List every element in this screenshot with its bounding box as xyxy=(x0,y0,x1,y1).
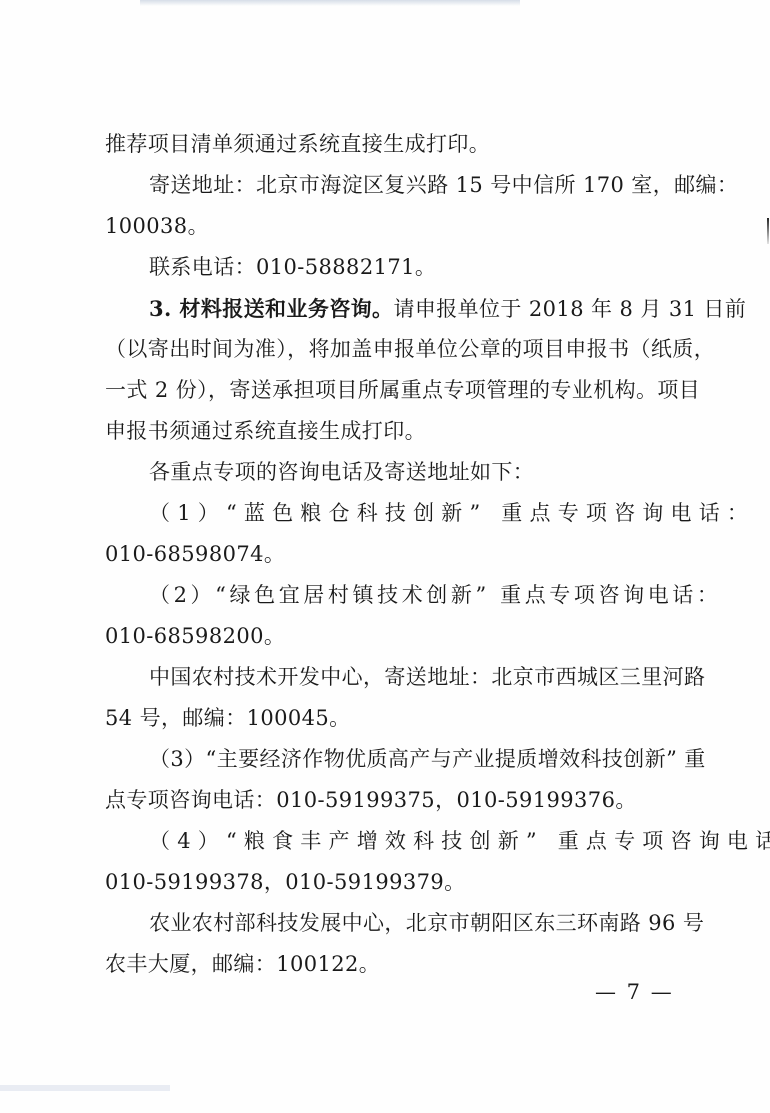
document-page: 推荐项目清单须通过系统直接生成打印。 寄送地址：北京市海淀区复兴路 15 号中信… xyxy=(0,0,770,1113)
scan-artifact-top xyxy=(140,0,520,6)
list-item-4-phone: 010-59199378，010-59199379。 xyxy=(105,862,679,903)
address-line: 农业农村部科技发展中心，北京市朝阳区东三环南路 96 号 xyxy=(105,903,679,944)
scan-artifact-bottom xyxy=(0,1085,170,1091)
list-item-4: （4）“粮食丰产增效科技创新” 重点专项咨询电话： xyxy=(105,821,679,862)
paragraph-line: 各重点专项的咨询电话及寄送地址如下： xyxy=(105,452,679,493)
list-item-2: （2）“绿色宜居村镇技术创新” 重点专项咨询电话： xyxy=(105,575,679,616)
address-line: 农丰大厦，邮编：100122。 xyxy=(105,944,679,985)
paragraph-line: 申报书须通过系统直接生成打印。 xyxy=(105,411,679,452)
list-item-2-phone: 010-68598200。 xyxy=(105,616,679,657)
address-line: 100038。 xyxy=(105,206,679,247)
contact-phone-line: 联系电话：010-58882171。 xyxy=(105,247,679,288)
document-body: 推荐项目清单须通过系统直接生成打印。 寄送地址：北京市海淀区复兴路 15 号中信… xyxy=(105,124,679,985)
scan-artifact-right xyxy=(767,218,769,244)
section-text: 请申报单位于 2018 年 8 月 31 日前 xyxy=(393,297,746,321)
paragraph-line: 推荐项目清单须通过系统直接生成打印。 xyxy=(105,124,679,165)
address-line: 54 号，邮编：100045。 xyxy=(105,698,679,739)
list-item-3-phone: 点专项咨询电话：010-59199375，010-59199376。 xyxy=(105,780,679,821)
list-item-3: （3）“主要经济作物优质高产与产业提质增效科技创新” 重 xyxy=(105,739,679,780)
address-line: 中国农村技术开发中心，寄送地址：北京市西城区三里河路 xyxy=(105,657,679,698)
paragraph-line: （以寄出时间为准），将加盖申报单位公章的项目申报书（纸质， xyxy=(105,329,679,370)
section-3-line: 3. 材料报送和业务咨询。请申报单位于 2018 年 8 月 31 日前 xyxy=(105,288,679,329)
list-item-1-phone: 010-68598074。 xyxy=(105,534,679,575)
address-line: 寄送地址：北京市海淀区复兴路 15 号中信所 170 室，邮编： xyxy=(105,165,679,206)
list-item-1: （1）“蓝色粮仓科技创新” 重点专项咨询电话： xyxy=(105,493,679,534)
paragraph-line: 一式 2 份），寄送承担项目所属重点专项管理的专业机构。项目 xyxy=(105,370,679,411)
section-heading: 3. 材料报送和业务咨询。 xyxy=(149,296,393,321)
page-number: — 7 — xyxy=(595,980,674,1004)
